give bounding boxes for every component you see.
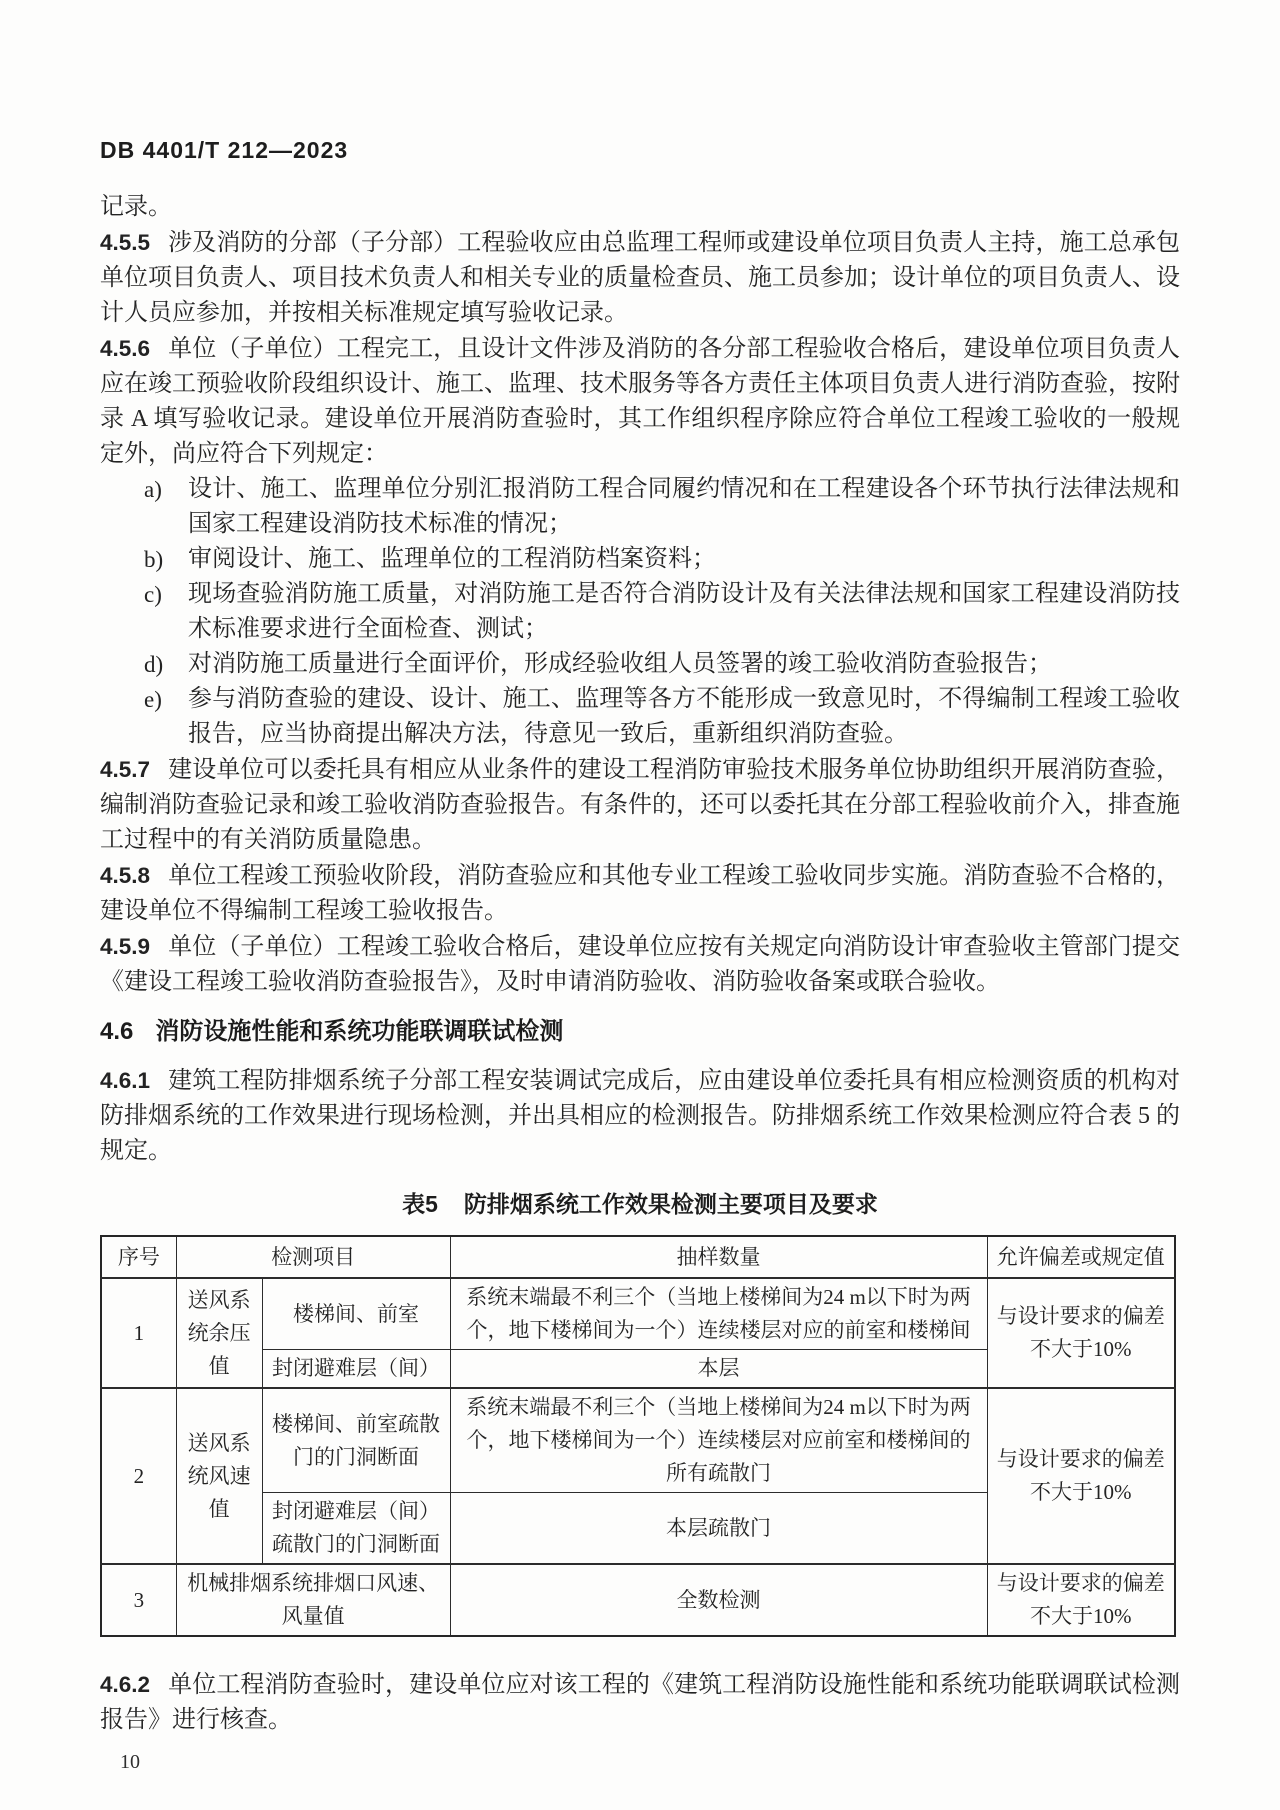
list-item-b: b) 审阅设计、施工、监理单位的工程消防档案资料； bbox=[100, 542, 1180, 577]
list-marker: e) bbox=[144, 682, 188, 752]
table-row: 2 送风系统风速值 楼梯间、前室疏散门的门洞断面 系统末端最不利三个（当地上楼梯… bbox=[101, 1388, 1175, 1493]
clause-text: 单位工程消防查验时，建设单位应对该工程的《建筑工程消防设施性能和系统功能联调联试… bbox=[100, 1672, 1180, 1733]
clause-number: 4.5.8 bbox=[100, 863, 150, 888]
table-5: 序号 检测项目 抽样数量 允许偏差或规定值 1 送风系统余压值 楼梯间、前室 系… bbox=[100, 1235, 1176, 1637]
cell-no: 3 bbox=[101, 1564, 176, 1636]
clause-text: 建筑工程防排烟系统子分部工程安装调试完成后，应由建设单位委托具有相应检测资质的机… bbox=[100, 1068, 1180, 1164]
table-row: 3 机械排烟系统排烟口风速、风量值 全数检测 与设计要求的偏差不大于10% bbox=[101, 1564, 1175, 1636]
clause-4-5-8: 4.5.8单位工程竣工预验收阶段，消防查验应和其他专业工程竣工验收同步实施。消防… bbox=[100, 858, 1180, 929]
table-row: 1 送风系统余压值 楼梯间、前室 系统末端最不利三个（当地上楼梯间为24 m以下… bbox=[101, 1278, 1175, 1350]
list-marker: c) bbox=[144, 577, 188, 647]
section-heading-4-6: 4.6消防设施性能和系统功能联调联试检测 bbox=[100, 1014, 1180, 1049]
page-number: 10 bbox=[100, 1751, 1180, 1774]
list-item-e: e) 参与消防查验的建设、设计、施工、监理等各方不能形成一致意见时，不得编制工程… bbox=[100, 682, 1180, 752]
list-item-a: a) 设计、施工、监理单位分别汇报消防工程合同履约情况和在工程建设各个环节执行法… bbox=[100, 472, 1180, 542]
list-marker: b) bbox=[144, 542, 188, 577]
cell-item: 封闭避难层（间）疏散门的门洞断面 bbox=[262, 1493, 450, 1565]
cell-item: 楼梯间、前室疏散门的门洞断面 bbox=[262, 1388, 450, 1493]
clause-text: 单位（子单位）工程竣工验收合格后，建设单位应按有关规定向消防设计审查验收主管部门… bbox=[100, 934, 1180, 995]
cell-item: 机械排烟系统排烟口风速、风量值 bbox=[176, 1564, 450, 1636]
cell-sample: 全数检测 bbox=[450, 1564, 987, 1636]
clause-text: 单位工程竣工预验收阶段，消防查验应和其他专业工程竣工验收同步实施。消防查验不合格… bbox=[100, 863, 1180, 924]
clause-text: 建设单位可以委托具有相应从业条件的建设工程消防审验技术服务单位协助组织开展消防查… bbox=[100, 757, 1180, 853]
cell-no: 1 bbox=[101, 1278, 176, 1388]
clause-text: 涉及消防的分部（子分部）工程验收应由总监理工程师或建设单位项目负责人主持，施工总… bbox=[100, 230, 1180, 326]
list-item-c: c) 现场查验消防施工质量，对消防施工是否符合消防设计及有关法律法规和国家工程建… bbox=[100, 577, 1180, 647]
clause-number: 4.5.7 bbox=[100, 757, 150, 782]
table-label: 表5 bbox=[402, 1191, 438, 1217]
clause-4-5-9: 4.5.9单位（子单位）工程竣工验收合格后，建设单位应按有关规定向消防设计审查验… bbox=[100, 929, 1180, 1000]
list-text: 审阅设计、施工、监理单位的工程消防档案资料； bbox=[188, 542, 1180, 577]
clause-text: 单位（子单位）工程完工，且设计文件涉及消防的各分部工程验收合格后，建设单位项目负… bbox=[100, 336, 1180, 467]
clause-4-6-2: 4.6.2单位工程消防查验时，建设单位应对该工程的《建筑工程消防设施性能和系统功… bbox=[100, 1667, 1180, 1738]
col-header-no: 序号 bbox=[101, 1236, 176, 1278]
paragraph-continuation: 记录。 bbox=[100, 190, 1180, 225]
list-marker: d) bbox=[144, 647, 188, 682]
cell-item-group: 送风系统风速值 bbox=[176, 1388, 262, 1564]
doc-code: DB 4401/T 212—2023 bbox=[100, 136, 1180, 164]
table-header-row: 序号 检测项目 抽样数量 允许偏差或规定值 bbox=[101, 1236, 1175, 1278]
section-title: 消防设施性能和系统功能联调联试检测 bbox=[155, 1018, 563, 1045]
list-marker: a) bbox=[144, 472, 188, 542]
clause-4-6-1: 4.6.1建筑工程防排烟系统子分部工程安装调试完成后，应由建设单位委托具有相应检… bbox=[100, 1063, 1180, 1169]
clause-number: 4.5.9 bbox=[100, 934, 150, 959]
table-title-text: 防排烟系统工作效果检测主要项目及要求 bbox=[464, 1191, 878, 1217]
cell-tolerance: 与设计要求的偏差不大于10% bbox=[987, 1388, 1175, 1564]
clause-number: 4.5.5 bbox=[100, 230, 150, 255]
col-header-sample: 抽样数量 bbox=[450, 1236, 987, 1278]
cell-sample: 本层 bbox=[450, 1350, 987, 1389]
list-text: 设计、施工、监理单位分别汇报消防工程合同履约情况和在工程建设各个环节执行法律法规… bbox=[188, 472, 1180, 542]
section-number: 4.6 bbox=[100, 1018, 133, 1045]
cell-item: 楼梯间、前室 bbox=[262, 1278, 450, 1350]
clause-4-5-6: 4.5.6单位（子单位）工程完工，且设计文件涉及消防的各分部工程验收合格后，建设… bbox=[100, 331, 1180, 472]
cell-sample: 系统末端最不利三个（当地上楼梯间为24 m以下时为两个，地下楼梯间为一个）连续楼… bbox=[450, 1388, 987, 1493]
clause-number: 4.6.2 bbox=[100, 1672, 150, 1697]
cell-sample: 本层疏散门 bbox=[450, 1493, 987, 1565]
table-5-title: 表5防排烟系统工作效果检测主要项目及要求 bbox=[100, 1189, 1180, 1219]
cell-tolerance: 与设计要求的偏差不大于10% bbox=[987, 1564, 1175, 1636]
cell-item-group: 送风系统余压值 bbox=[176, 1278, 262, 1388]
cell-no: 2 bbox=[101, 1388, 176, 1564]
cell-tolerance: 与设计要求的偏差不大于10% bbox=[987, 1278, 1175, 1388]
list-item-d: d) 对消防施工质量进行全面评价，形成经验收组人员签署的竣工验收消防查验报告； bbox=[100, 647, 1180, 682]
col-header-tolerance: 允许偏差或规定值 bbox=[987, 1236, 1175, 1278]
col-header-item: 检测项目 bbox=[176, 1236, 450, 1278]
document-page: DB 4401/T 212—2023 记录。 4.5.5涉及消防的分部（子分部）… bbox=[0, 0, 1280, 1810]
clause-4-5-7: 4.5.7建设单位可以委托具有相应从业条件的建设工程消防审验技术服务单位协助组织… bbox=[100, 752, 1180, 858]
list-text: 对消防施工质量进行全面评价，形成经验收组人员签署的竣工验收消防查验报告； bbox=[188, 647, 1180, 682]
clause-number: 4.6.1 bbox=[100, 1068, 150, 1093]
cell-sample: 系统末端最不利三个（当地上楼梯间为24 m以下时为两个，地下楼梯间为一个）连续楼… bbox=[450, 1278, 987, 1350]
list-text: 参与消防查验的建设、设计、施工、监理等各方不能形成一致意见时，不得编制工程竣工验… bbox=[188, 682, 1180, 752]
clause-number: 4.5.6 bbox=[100, 336, 150, 361]
clause-4-5-5: 4.5.5涉及消防的分部（子分部）工程验收应由总监理工程师或建设单位项目负责人主… bbox=[100, 225, 1180, 331]
cell-item: 封闭避难层（间） bbox=[262, 1350, 450, 1389]
list-text: 现场查验消防施工质量，对消防施工是否符合消防设计及有关法律法规和国家工程建设消防… bbox=[188, 577, 1180, 647]
